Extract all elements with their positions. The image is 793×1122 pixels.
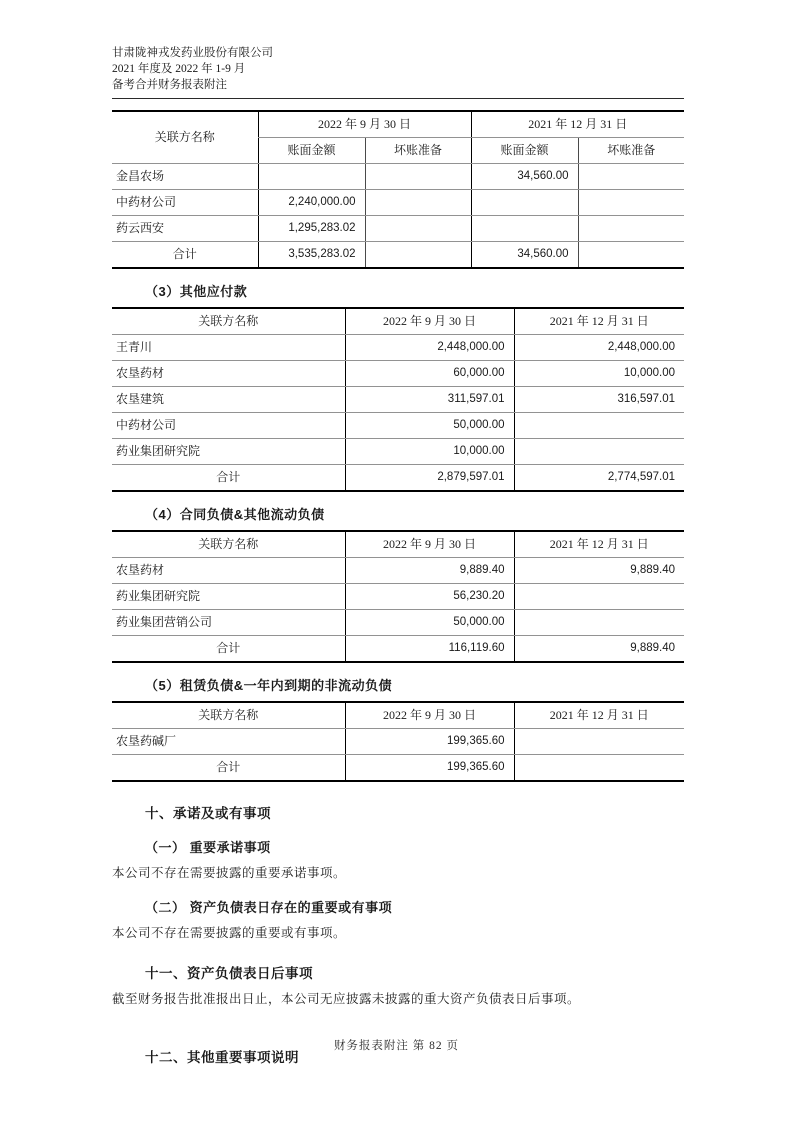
- party-name-cell: 药云西安: [112, 216, 258, 242]
- amount-cell: [578, 242, 684, 269]
- amount-cell: [514, 610, 684, 636]
- column-header-date-2021: 2021 年 12 月 31 日: [514, 308, 684, 335]
- column-header-book-amount: 账面金额: [471, 138, 578, 164]
- party-name-cell: 农垦药材: [112, 558, 345, 584]
- amount-cell: [514, 729, 684, 755]
- amount-cell: [365, 216, 471, 242]
- amount-cell: 34,560.00: [471, 164, 578, 190]
- table-row: 王青川 2,448,000.00 2,448,000.00: [112, 335, 684, 361]
- amount-cell: 50,000.00: [345, 413, 514, 439]
- amount-cell: [471, 216, 578, 242]
- total-label-cell: 合计: [112, 242, 258, 269]
- table-row: 药业集团研究院 56,230.20: [112, 584, 684, 610]
- column-header-party: 关联方名称: [112, 111, 258, 164]
- section-5-title: （5）租赁负债&一年内到期的非流动负债: [145, 675, 684, 694]
- table-row: 药业集团研究院 10,000.00: [112, 439, 684, 465]
- table-row: 农垦药材 60,000.00 10,000.00: [112, 361, 684, 387]
- related-party-balance-table: 关联方名称 2022 年 9 月 30 日 2021 年 12 月 31 日 账…: [112, 110, 684, 269]
- table-row: 药云西安 1,295,283.02: [112, 216, 684, 242]
- amount-cell: [365, 190, 471, 216]
- table-header-row: 关联方名称 2022 年 9 月 30 日 2021 年 12 月 31 日: [112, 111, 684, 138]
- party-name-cell: 药业集团研究院: [112, 584, 345, 610]
- column-header-date-2021: 2021 年 12 月 31 日: [514, 702, 684, 729]
- amount-cell: [578, 216, 684, 242]
- column-header-date-2022: 2022 年 9 月 30 日: [345, 702, 514, 729]
- amount-cell: [578, 164, 684, 190]
- section-10-title: 十、承诺及或有事项: [145, 802, 684, 822]
- section-10-2-paragraph: 本公司不存在需要披露的重要或有事项。: [112, 925, 684, 942]
- amount-cell: [258, 164, 365, 190]
- section-10-2-title: （二） 资产负债表日存在的重要或有事项: [145, 897, 684, 916]
- table-total-row: 合计 199,365.60: [112, 755, 684, 782]
- table-total-row: 合计 116,119.60 9,889.40: [112, 636, 684, 663]
- amount-cell: 50,000.00: [345, 610, 514, 636]
- amount-cell: [578, 190, 684, 216]
- party-name-cell: 中药材公司: [112, 413, 345, 439]
- column-header-party: 关联方名称: [112, 531, 345, 558]
- table-row: 农垦药碱厂 199,365.60: [112, 729, 684, 755]
- party-name-cell: 中药材公司: [112, 190, 258, 216]
- amount-cell: 2,448,000.00: [514, 335, 684, 361]
- amount-cell: 199,365.60: [345, 755, 514, 782]
- table-row: 药业集团营销公司 50,000.00: [112, 610, 684, 636]
- amount-cell: 60,000.00: [345, 361, 514, 387]
- company-name: 甘肃陇神戎发药业股份有限公司: [112, 45, 684, 61]
- amount-cell: 34,560.00: [471, 242, 578, 269]
- table-row: 农垦药材 9,889.40 9,889.40: [112, 558, 684, 584]
- amount-cell: [514, 439, 684, 465]
- section-4-title: （4）合同负债&其他流动负债: [145, 504, 684, 523]
- table-total-row: 合计 3,535,283.02 34,560.00: [112, 242, 684, 269]
- total-label-cell: 合计: [112, 636, 345, 663]
- party-name-cell: 农垦药材: [112, 361, 345, 387]
- amount-cell: [514, 755, 684, 782]
- amount-cell: 2,240,000.00: [258, 190, 365, 216]
- table-header-row: 关联方名称 2022 年 9 月 30 日 2021 年 12 月 31 日: [112, 308, 684, 335]
- column-header-date-2022: 2022 年 9 月 30 日: [258, 111, 471, 138]
- report-title: 备考合并财务报表附注: [112, 77, 684, 93]
- column-header-party: 关联方名称: [112, 702, 345, 729]
- party-name-cell: 王青川: [112, 335, 345, 361]
- report-period: 2021 年度及 2022 年 1-9 月: [112, 61, 684, 77]
- amount-cell: 10,000.00: [345, 439, 514, 465]
- amount-cell: 9,889.40: [514, 558, 684, 584]
- total-label-cell: 合计: [112, 755, 345, 782]
- section-11-paragraph: 截至财务报告批准报出日止，本公司无应披露未披露的重大资产负债表日后事项。: [112, 991, 684, 1008]
- table-row: 中药材公司 2,240,000.00: [112, 190, 684, 216]
- amount-cell: 311,597.01: [345, 387, 514, 413]
- amount-cell: 199,365.60: [345, 729, 514, 755]
- section-3-title: （3）其他应付款: [145, 281, 684, 300]
- amount-cell: 9,889.40: [345, 558, 514, 584]
- section-10-1-paragraph: 本公司不存在需要披露的重要承诺事项。: [112, 865, 684, 882]
- section-10-1-title: （一） 重要承诺事项: [145, 837, 684, 856]
- table-row: 中药材公司 50,000.00: [112, 413, 684, 439]
- table-header-row: 关联方名称 2022 年 9 月 30 日 2021 年 12 月 31 日: [112, 531, 684, 558]
- table-row: 金昌农场 34,560.00: [112, 164, 684, 190]
- column-header-date-2022: 2022 年 9 月 30 日: [345, 308, 514, 335]
- column-header-bad-debt: 坏账准备: [365, 138, 471, 164]
- page-content: 甘肃陇神戎发药业股份有限公司 2021 年度及 2022 年 1-9 月 备考合…: [112, 45, 684, 1066]
- amount-cell: 1,295,283.02: [258, 216, 365, 242]
- amount-cell: [514, 584, 684, 610]
- page-footer: 财务报表附注 第 82 页: [0, 1037, 793, 1053]
- amount-cell: 10,000.00: [514, 361, 684, 387]
- amount-cell: [471, 190, 578, 216]
- party-name-cell: 金昌农场: [112, 164, 258, 190]
- amount-cell: 316,597.01: [514, 387, 684, 413]
- table-row: 农垦建筑 311,597.01 316,597.01: [112, 387, 684, 413]
- amount-cell: 2,879,597.01: [345, 465, 514, 492]
- lease-liabilities-table: 关联方名称 2022 年 9 月 30 日 2021 年 12 月 31 日 农…: [112, 701, 684, 782]
- column-header-date-2021: 2021 年 12 月 31 日: [471, 111, 684, 138]
- amount-cell: 2,448,000.00: [345, 335, 514, 361]
- contract-liabilities-table: 关联方名称 2022 年 9 月 30 日 2021 年 12 月 31 日 农…: [112, 530, 684, 663]
- amount-cell: [514, 413, 684, 439]
- document-page: 甘肃陇神戎发药业股份有限公司 2021 年度及 2022 年 1-9 月 备考合…: [0, 0, 793, 1122]
- amount-cell: 2,774,597.01: [514, 465, 684, 492]
- amount-cell: [365, 242, 471, 269]
- amount-cell: [365, 164, 471, 190]
- party-name-cell: 药业集团营销公司: [112, 610, 345, 636]
- total-label-cell: 合计: [112, 465, 345, 492]
- amount-cell: 3,535,283.02: [258, 242, 365, 269]
- table-header-row: 关联方名称 2022 年 9 月 30 日 2021 年 12 月 31 日: [112, 702, 684, 729]
- section-spacer: [112, 1008, 684, 1026]
- section-11-title: 十一、资产负债表日后事项: [145, 962, 684, 982]
- other-payables-table: 关联方名称 2022 年 9 月 30 日 2021 年 12 月 31 日 王…: [112, 307, 684, 492]
- column-header-date-2022: 2022 年 9 月 30 日: [345, 531, 514, 558]
- amount-cell: 116,119.60: [345, 636, 514, 663]
- column-header-bad-debt: 坏账准备: [578, 138, 684, 164]
- column-header-book-amount: 账面金额: [258, 138, 365, 164]
- party-name-cell: 农垦药碱厂: [112, 729, 345, 755]
- table-total-row: 合计 2,879,597.01 2,774,597.01: [112, 465, 684, 492]
- amount-cell: 56,230.20: [345, 584, 514, 610]
- party-name-cell: 药业集团研究院: [112, 439, 345, 465]
- column-header-party: 关联方名称: [112, 308, 345, 335]
- column-header-date-2021: 2021 年 12 月 31 日: [514, 531, 684, 558]
- party-name-cell: 农垦建筑: [112, 387, 345, 413]
- document-header: 甘肃陇神戎发药业股份有限公司 2021 年度及 2022 年 1-9 月 备考合…: [112, 45, 684, 99]
- amount-cell: 9,889.40: [514, 636, 684, 663]
